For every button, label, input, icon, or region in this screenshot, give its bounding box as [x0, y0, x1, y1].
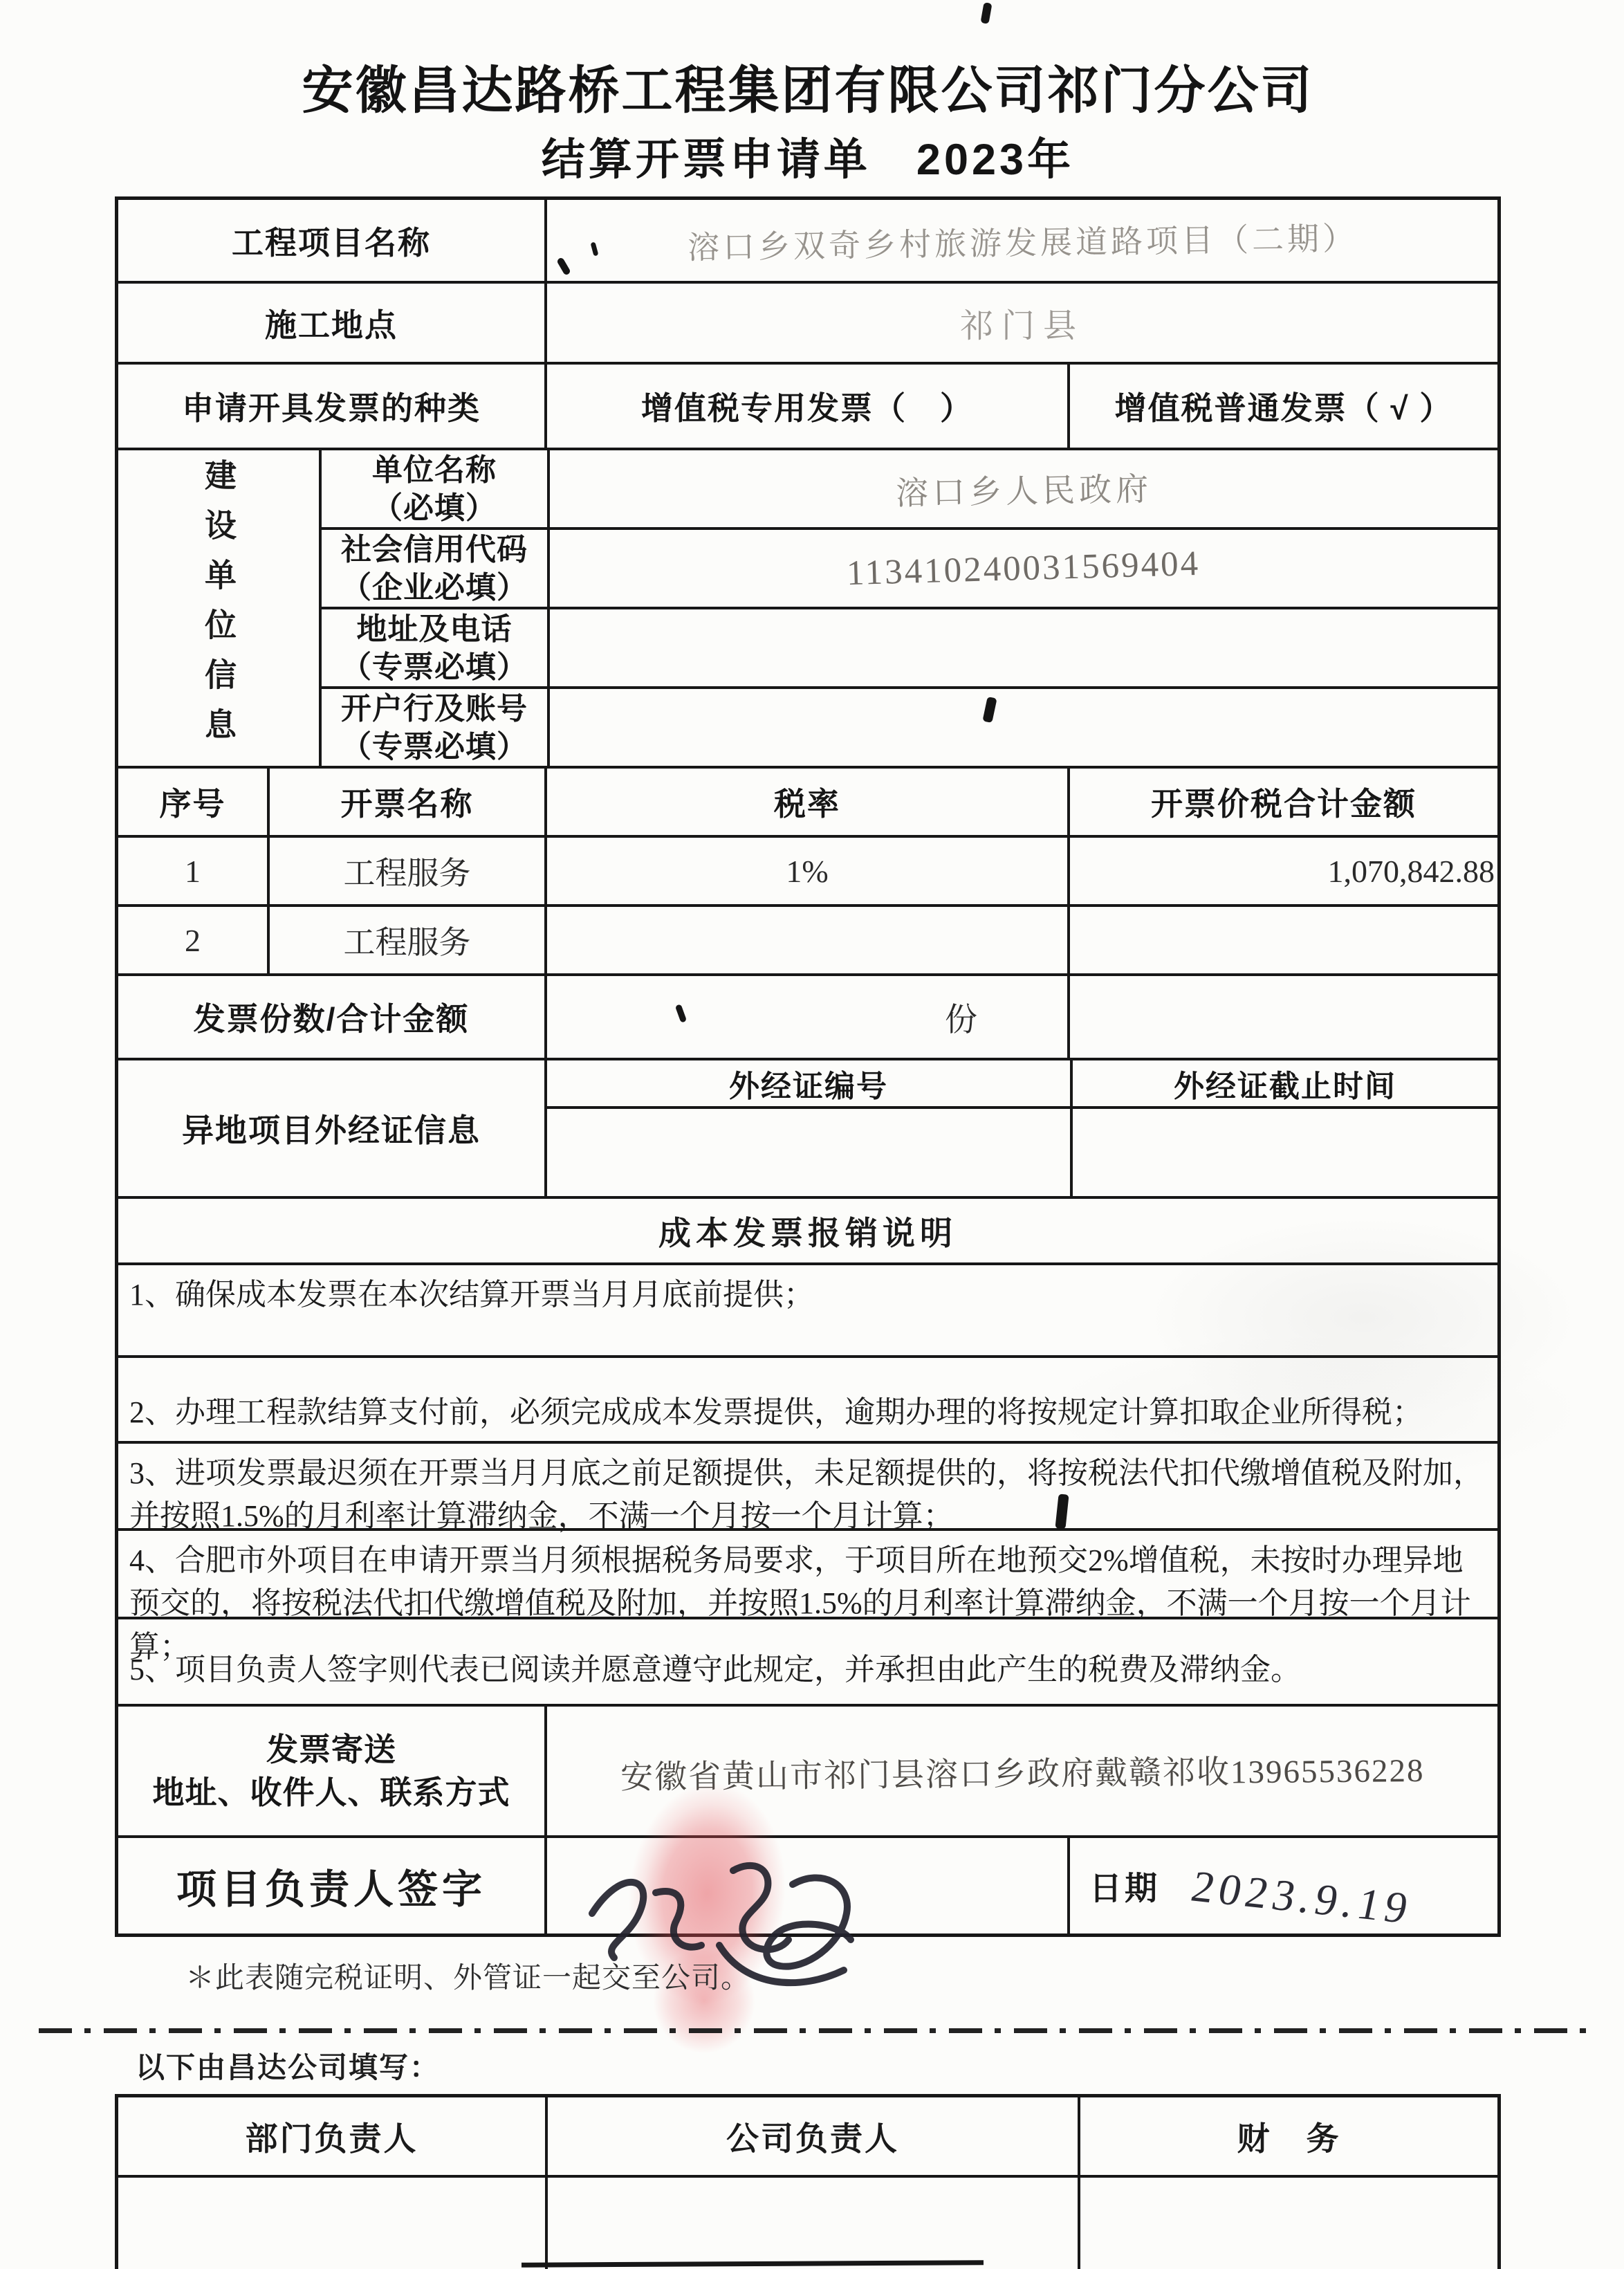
- unit-name-label: 单位名称: [372, 453, 497, 487]
- credit-code-label: 社会信用代码: [341, 533, 528, 567]
- builder-row-bank-account: 开户行及账号（专票必填）: [322, 689, 1497, 766]
- invoice-type-special-option: 增值税专用发票（ ）: [641, 383, 973, 429]
- project-name-row: 工程项目名称 溶口乡双奇乡村旅游发展道路项目（二期）: [118, 200, 1497, 284]
- address-phone-value-cell: [547, 609, 1497, 686]
- project-name-value-cell: 溶口乡双奇乡村旅游发展道路项目（二期）: [544, 200, 1497, 281]
- form-title: 结算开票申请单2023年: [115, 125, 1501, 187]
- signature-row: 项目负责人签字 日期 2023.9.19: [118, 1838, 1497, 1933]
- approval-header-row: 部门负责人 公司负责人 财 务: [118, 2097, 1497, 2178]
- signature-label: 项目负责人签字: [176, 1857, 486, 1915]
- credit-code-value: 113410240031569404: [847, 543, 1201, 593]
- item2-name: 工程服务: [344, 917, 471, 963]
- date-handwritten-value: 2023.9.19: [1187, 1861, 1417, 1934]
- signature-label-cell: 项目负责人签字: [118, 1838, 544, 1933]
- note-row-3: 3、进项发票最迟须在开票当月月底之前足额提供，未足额提供的，将按税法代扣代缴增值…: [118, 1444, 1497, 1531]
- copies-amount-cell: [1067, 976, 1497, 1058]
- item1-no: 1: [185, 853, 201, 890]
- unit-name-value-cell: 溶口乡人民政府: [547, 450, 1497, 527]
- waijing-no-header-cell: 外经证编号: [547, 1060, 1070, 1106]
- copies-label: 发票份数/合计金额: [194, 994, 470, 1040]
- note-2: 2、办理工程款结算支付前，必须完成成本发票提供，逾期办理的将按规定计算扣取企业所…: [118, 1383, 1497, 1434]
- notes-title-cell: 成本发票报销说明: [118, 1199, 1497, 1262]
- item-row-2: 2 工程服务: [118, 907, 1497, 976]
- note-3: 3、进项发票最迟须在开票当月月底之前足额提供，未足额提供的，将按税法代扣代缴增值…: [118, 1444, 1497, 1538]
- builder-info-rows: 单位名称（必填） 溶口乡人民政府 社会信用代码（企业必填） 1134102400…: [319, 450, 1497, 766]
- item1-name: 工程服务: [344, 848, 471, 894]
- builder-row-address-phone: 地址及电话（专票必填）: [322, 609, 1497, 689]
- item-row-1: 1 工程服务 1% 1,070,842.88: [118, 838, 1497, 907]
- approval-signature-row: [118, 2178, 1497, 2269]
- bank-account-label-cell: 开户行及账号（专票必填）: [322, 689, 547, 766]
- builder-info-side-label: 建设单位信息: [118, 450, 319, 766]
- company-title: 安徽昌达路桥工程集团有限公司祁门分公司: [115, 50, 1501, 123]
- address-phone-label-cell: 地址及电话（专票必填）: [322, 609, 547, 686]
- finance-header: 财 务: [1237, 2113, 1341, 2160]
- waijing-no-header: 外经证编号: [729, 1061, 888, 1105]
- date-cell: 日期 2023.9.19: [1067, 1838, 1497, 1933]
- footnote: ＊此表随完税证明、外管证一起交至公司。: [185, 1955, 750, 1996]
- waijing-label-cell: 异地项目外经证信息: [118, 1060, 544, 1196]
- copies-row: 发票份数/合计金额 份: [118, 976, 1497, 1060]
- form-year: 2023年: [916, 136, 1074, 184]
- main-form-table: 工程项目名称 溶口乡双奇乡村旅游发展道路项目（二期） 施工地点 祁门县 申请开具…: [115, 196, 1501, 1937]
- items-header-name-cell: 开票名称: [267, 769, 544, 835]
- location-value: 祁门县: [960, 299, 1085, 347]
- delivery-row: 发票寄送 地址、收件人、联系方式 安徽省黄山市祁门县溶口乡政府戴赣祁收13965…: [118, 1707, 1497, 1838]
- items-header-name: 开票名称: [341, 779, 474, 825]
- credit-code-value-cell: 113410240031569404: [547, 530, 1497, 607]
- waijing-block: 异地项目外经证信息 外经证编号 外经证截止时间: [118, 1060, 1497, 1199]
- item2-no-cell: 2: [118, 907, 267, 973]
- company-section-intro: 以下由昌达公司填写：: [136, 2045, 440, 2086]
- project-name-label-cell: 工程项目名称: [118, 200, 544, 281]
- credit-code-label-cell: 社会信用代码（企业必填）: [322, 530, 547, 607]
- invoice-type-special-cell: 增值税专用发票（ ）: [544, 365, 1067, 448]
- company-head-header-cell: 公司负责人: [545, 2097, 1078, 2175]
- settlement-invoice-application-form: 安徽昌达路桥工程集团有限公司祁门分公司 结算开票申请单2023年 工程项目名称 …: [0, 0, 1624, 2269]
- note-row-2: 2、办理工程款结算支付前，必须完成成本发票提供，逾期办理的将按规定计算扣取企业所…: [118, 1358, 1497, 1444]
- note-1: 1、确保成本发票在本次结算开票当月月底前提供；: [118, 1265, 1497, 1316]
- item1-amount-cell: 1,070,842.88: [1067, 838, 1497, 904]
- unit-name-label-cell: 单位名称（必填）: [322, 450, 547, 527]
- location-row: 施工地点 祁门县: [118, 284, 1497, 365]
- project-name-label: 工程项目名称: [232, 218, 431, 264]
- item2-rate-cell: [544, 907, 1067, 973]
- waijing-deadline-value-cell: [1070, 1109, 1497, 1196]
- bank-account-value-cell: [547, 689, 1497, 766]
- signature-area-cell: [544, 1838, 1067, 1933]
- form-name: 结算开票申请单: [542, 136, 871, 184]
- credit-code-note: （企业必填）: [341, 571, 528, 605]
- dept-head-header-cell: 部门负责人: [118, 2097, 545, 2175]
- items-header-rate: 税率: [774, 779, 840, 825]
- items-header-no: 序号: [160, 779, 226, 825]
- item1-rate-cell: 1%: [544, 838, 1067, 904]
- item1-no-cell: 1: [118, 838, 267, 904]
- note-row-4: 4、合肥市外项目在申请开票当月须根据税务局要求，于项目所在地预交2%增值税，未按…: [118, 1531, 1497, 1619]
- dept-head-sign-cell: [118, 2178, 545, 2269]
- company-head-sign-cell: [545, 2178, 1078, 2269]
- item2-name-cell: 工程服务: [267, 907, 544, 973]
- copies-label-cell: 发票份数/合计金额: [118, 976, 544, 1058]
- location-value-cell: 祁门县: [544, 284, 1497, 362]
- waijing-no-value-cell: [547, 1109, 1070, 1196]
- item1-rate: 1%: [786, 853, 828, 890]
- bank-account-label: 开户行及账号: [341, 692, 528, 726]
- notes-title: 成本发票报销说明: [658, 1208, 957, 1254]
- invoice-type-label-cell: 申请开具发票的种类: [118, 365, 544, 448]
- builder-row-credit-code: 社会信用代码（企业必填） 113410240031569404: [322, 530, 1497, 609]
- project-name-value: 溶口乡双奇乡村旅游发展道路项目（二期）: [687, 213, 1358, 268]
- invoice-type-row: 申请开具发票的种类 增值税专用发票（ ） 增值税普通发票（ √ ）: [118, 365, 1497, 450]
- waijing-value-row: [547, 1109, 1497, 1196]
- unit-name-value: 溶口乡人民政府: [895, 463, 1152, 514]
- note-row-1: 1、确保成本发票在本次结算开票当月月底前提供；: [118, 1265, 1497, 1358]
- copies-unit: 份: [945, 994, 977, 1040]
- notes-title-row: 成本发票报销说明: [118, 1199, 1497, 1265]
- date-label: 日期: [1089, 1863, 1160, 1909]
- delivery-value-cell: 安徽省黄山市祁门县溶口乡政府戴赣祁收13965536228: [544, 1707, 1497, 1835]
- location-label: 施工地点: [265, 300, 398, 346]
- invoice-type-general-cell: 增值税普通发票（ √ ）: [1067, 365, 1497, 448]
- location-label-cell: 施工地点: [118, 284, 544, 362]
- delivery-value: 安徽省黄山市祁门县溶口乡政府戴赣祁收13965536228: [620, 1744, 1424, 1797]
- approval-table: 部门负责人 公司负责人 财 务: [115, 2094, 1501, 2269]
- builder-info-block: 建设单位信息 单位名称（必填） 溶口乡人民政府 社会信用代码（企业必填） 113…: [118, 450, 1497, 769]
- waijing-header-row: 外经证编号 外经证截止时间: [547, 1060, 1497, 1109]
- waijing-label: 异地项目外经证信息: [182, 1105, 481, 1151]
- dashed-divider: [39, 2028, 1591, 2033]
- finance-header-cell: 财 务: [1078, 2097, 1497, 2175]
- delivery-label-line2: 地址、收件人、联系方式: [153, 1774, 510, 1810]
- item2-amount-cell: [1067, 907, 1497, 973]
- item1-name-cell: 工程服务: [267, 838, 544, 904]
- address-phone-note: （专票必填）: [341, 650, 528, 684]
- copies-value-cell: 份: [544, 976, 1067, 1058]
- waijing-rows: 外经证编号 外经证截止时间: [544, 1060, 1497, 1196]
- waijing-deadline-header: 外经证截止时间: [1174, 1061, 1396, 1105]
- company-head-header: 公司负责人: [726, 2113, 899, 2160]
- builder-row-unit-name: 单位名称（必填） 溶口乡人民政府: [322, 450, 1497, 530]
- delivery-label-line1: 发票寄送: [266, 1731, 396, 1767]
- invoice-type-general-option: 增值税普通发票（ √ ）: [1115, 383, 1453, 429]
- dept-head-header: 部门负责人: [246, 2113, 418, 2160]
- waijing-deadline-header-cell: 外经证截止时间: [1070, 1060, 1497, 1106]
- item1-amount: 1,070,842.88: [1328, 853, 1495, 890]
- items-header-row: 序号 开票名称 税率 开票价税合计金额: [118, 769, 1497, 838]
- note-5: 5、项目负责人签字则代表已阅读并愿意遵守此规定，并承担由此产生的税费及滞纳金。: [118, 1640, 1497, 1691]
- delivery-label-cell: 发票寄送 地址、收件人、联系方式: [118, 1707, 544, 1835]
- finance-sign-cell: [1078, 2178, 1497, 2269]
- invoice-type-label: 申请开具发票的种类: [182, 383, 481, 429]
- items-header-rate-cell: 税率: [544, 769, 1067, 835]
- unit-name-note: （必填）: [372, 491, 497, 525]
- bank-account-note: （专票必填）: [341, 730, 528, 764]
- item2-no: 2: [185, 922, 201, 959]
- address-phone-label: 地址及电话: [357, 612, 513, 646]
- items-header-amount: 开票价税合计金额: [1151, 779, 1417, 825]
- items-header-no-cell: 序号: [118, 769, 267, 835]
- scan-speck: [980, 2, 992, 24]
- items-header-amount-cell: 开票价税合计金额: [1067, 769, 1497, 835]
